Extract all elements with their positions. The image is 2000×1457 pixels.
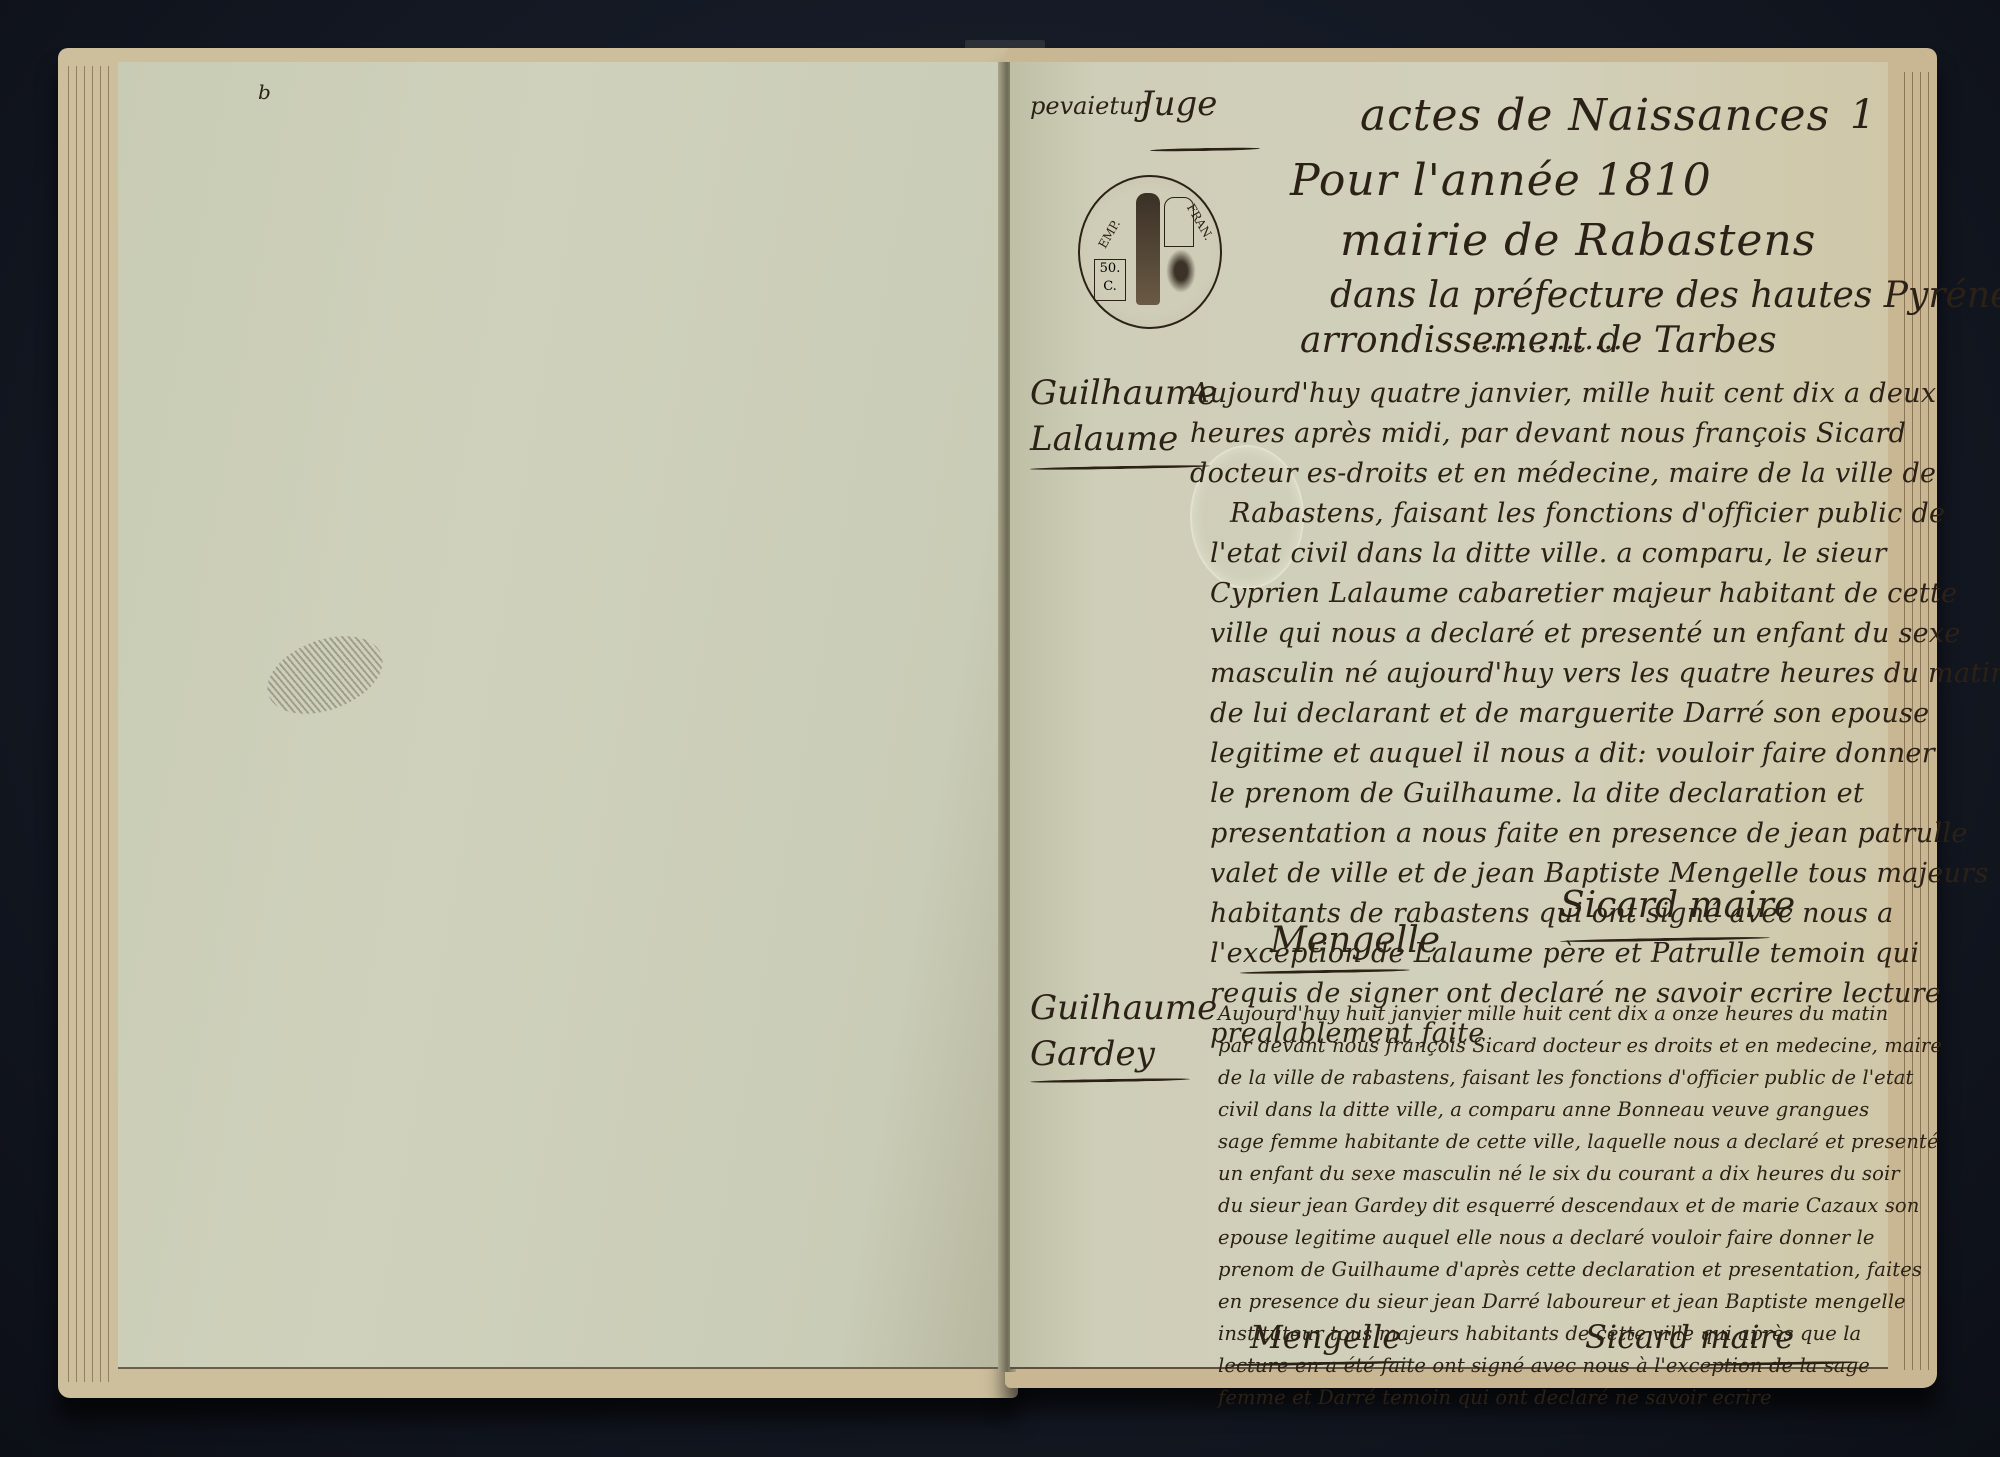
entry-line: Aujourd'huy quatre janvier, mille huit c… bbox=[1190, 378, 1880, 418]
entry-line: legitime et auquel il nous a dit: vouloi… bbox=[1190, 738, 1880, 778]
entry-line: civil dans la ditte ville, a comparu ann… bbox=[1218, 1098, 1888, 1130]
entry-line: de lui declarant et de marguerite Darré … bbox=[1190, 698, 1880, 738]
judge-signature: Juge bbox=[1140, 84, 1217, 124]
page-edge bbox=[108, 66, 113, 1382]
page-edge bbox=[92, 66, 97, 1382]
entry-2-given-name: Guilhaume bbox=[1030, 985, 1217, 1031]
header-title: actes de Naissances bbox=[1360, 90, 1830, 141]
entry-line: Aujourd'huy huit janvier mille huit cent… bbox=[1218, 1002, 1888, 1034]
entry-line: docteur es-droits et en médecine, maire … bbox=[1190, 458, 1880, 498]
header-flourish: ................ bbox=[1470, 322, 1623, 357]
entry-line: prenom de Guilhaume d'après cette declar… bbox=[1218, 1258, 1888, 1290]
entry-line: ville qui nous a declaré et presenté un … bbox=[1190, 618, 1880, 658]
allegorical-figure-icon bbox=[1136, 193, 1160, 305]
entry-2-mayor-signature: Sicard maire bbox=[1585, 1318, 1794, 1356]
tax-stamp: EMP. FRAN. 50. C. bbox=[1078, 175, 1222, 329]
page-number: 1 bbox=[1850, 92, 1875, 138]
entry-line: sage femme habitante de cette ville, laq… bbox=[1218, 1130, 1888, 1162]
entry-line: de la ville de rabastens, faisant les fo… bbox=[1218, 1066, 1888, 1098]
entry-line: par devant nous françois Sicard docteur … bbox=[1218, 1034, 1888, 1066]
stamp-value-box: 50. C. bbox=[1094, 259, 1126, 301]
entry-line: du sieur jean Gardey dit esquerré descen… bbox=[1218, 1194, 1888, 1226]
entry-line: lecture en a été faite ont signé avec no… bbox=[1218, 1354, 1888, 1386]
entry-2-surname: Gardey bbox=[1030, 1031, 1217, 1077]
page-edge bbox=[100, 66, 105, 1382]
entry-2-witness-signature: Mengelle bbox=[1250, 1318, 1401, 1356]
entry-line: presentation a nous faite en presence de… bbox=[1190, 818, 1880, 858]
entry-1-mayor-signature: Sicard maire bbox=[1560, 885, 1795, 926]
entry-line: l'etat civil dans la ditte ville. a comp… bbox=[1190, 538, 1880, 578]
margin-note-top: pevaietur bbox=[1030, 92, 1146, 120]
header-mairie: mairie de Rabastens bbox=[1340, 215, 1816, 266]
entry-line: un enfant du sexe masculin né le six du … bbox=[1218, 1162, 1888, 1194]
entry-line: Cyprien Lalaume cabaretier majeur habita… bbox=[1190, 578, 1880, 618]
stamp-value: 50. bbox=[1100, 261, 1121, 276]
page-edge bbox=[84, 66, 89, 1382]
entry-line: heures après midi, par devant nous franç… bbox=[1190, 418, 1880, 458]
entry-line: epouse legitime auquel elle nous a decla… bbox=[1218, 1226, 1888, 1258]
eagle-icon bbox=[1166, 249, 1196, 293]
header-prefecture: dans la préfecture des hautes Pyrénées bbox=[1330, 275, 2000, 316]
law-tablets-icon bbox=[1164, 197, 1194, 247]
entry-line: masculin né aujourd'huy vers les quatre … bbox=[1190, 658, 1880, 698]
entry-1-witness-signature: Mengelle bbox=[1270, 920, 1440, 961]
stamp-left-text: EMP. bbox=[1096, 217, 1123, 250]
header-year: Pour l'année 1810 bbox=[1290, 155, 1712, 206]
page-edge bbox=[68, 66, 73, 1382]
left-page: b bbox=[118, 62, 1003, 1369]
entry-2-margin: Guilhaume Gardey bbox=[1030, 985, 1217, 1082]
entry-line: le prenom de Guilhaume. la dite declarat… bbox=[1190, 778, 1880, 818]
page-edge bbox=[76, 66, 81, 1382]
entry-line: femme et Darré temoin qui ont declaré ne… bbox=[1218, 1386, 1888, 1418]
left-corner-mark: b bbox=[258, 80, 271, 104]
entry-line: Rabastens, faisant les fonctions d'offic… bbox=[1190, 498, 1880, 538]
stamp-unit: C. bbox=[1103, 279, 1117, 294]
